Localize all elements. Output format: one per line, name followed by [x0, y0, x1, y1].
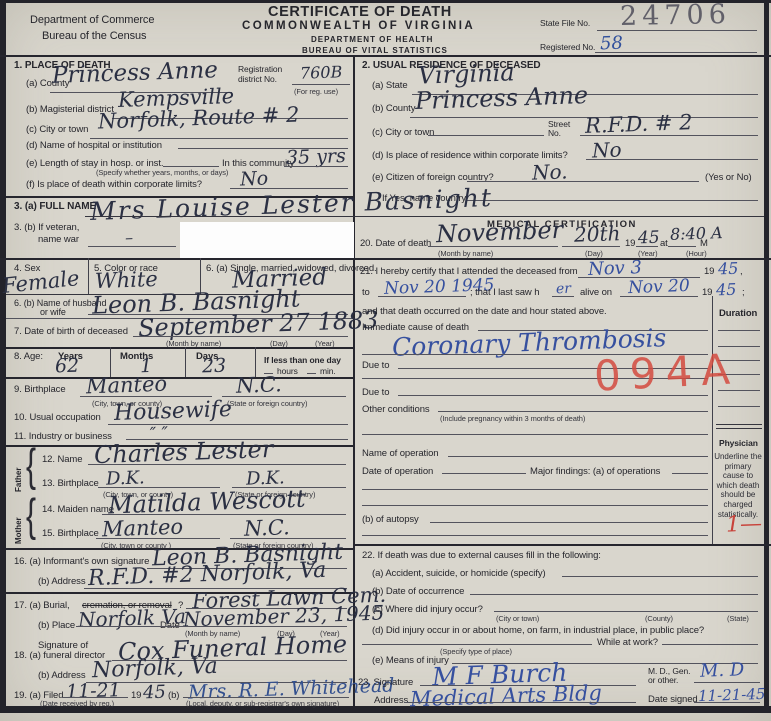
- dod-label: 20. Date of death: [360, 238, 431, 249]
- mother-bp-label: 15. Birthplace: [42, 528, 99, 539]
- rule: [183, 697, 349, 698]
- dod-m: M: [700, 238, 708, 249]
- rule: [448, 456, 708, 457]
- alive-year-prefix: 19: [702, 287, 712, 298]
- filed-year-value: 45: [143, 682, 167, 704]
- physician-note: Underline the primary cause to which dea…: [713, 452, 763, 519]
- sec1a-value: Princess Anne: [52, 57, 219, 89]
- rule: [562, 576, 758, 577]
- rule: [694, 682, 760, 683]
- filed-year-prefix: 19: [131, 690, 141, 701]
- autopsy-label: (b) of autopsy: [362, 514, 419, 525]
- alive-on-label: alive on: [580, 287, 612, 298]
- registered-line: [595, 52, 757, 53]
- sec1d-label: (d) Name of hospital or institution: [26, 140, 162, 151]
- rule: [6, 377, 353, 379]
- rule: [133, 336, 348, 337]
- duration-label: Duration: [719, 308, 757, 319]
- rule: [362, 434, 708, 435]
- md-value: M. D: [700, 659, 745, 682]
- external-title: 22. If death was due to external causes …: [362, 550, 601, 561]
- rule: [672, 473, 708, 474]
- rule: [668, 246, 696, 247]
- rule: [586, 159, 758, 160]
- dod-hour: 8:40 A: [670, 223, 723, 244]
- agency-line2: Bureau of the Census: [42, 30, 146, 42]
- father-name-label: 12. Name: [42, 454, 82, 465]
- doc-bureau: BUREAU OF VITAL STATISTICS: [302, 46, 448, 55]
- rule: [562, 246, 620, 247]
- rule: [470, 594, 758, 595]
- dod-sub1: (Month by name): [438, 249, 493, 258]
- header-rule: [0, 55, 771, 57]
- birthplace-label: 9. Birthplace: [14, 384, 66, 395]
- rule: [222, 396, 346, 397]
- other-conditions-note: (Include pregnancy within 3 months of de…: [440, 414, 585, 423]
- rule: [438, 411, 708, 412]
- border-bottom: [0, 706, 771, 713]
- filed-note: (Date received by reg.): [40, 699, 114, 708]
- sec1e-note: (Specify whether years, months, or days): [96, 168, 228, 177]
- external-c-note3: (State): [727, 614, 749, 623]
- rule: [76, 626, 347, 627]
- sec1c-label: (c) City or town: [26, 124, 88, 135]
- occupation-label: 10. Usual occupation: [14, 412, 101, 423]
- age-days-value: 23: [202, 355, 227, 378]
- burial-place-label: (b) Place: [38, 620, 75, 631]
- rule: [163, 166, 219, 167]
- veteran-value: –: [125, 228, 134, 247]
- spouse-label2: or wife: [40, 307, 66, 317]
- age-label: 8. Age:: [14, 351, 43, 362]
- rule: [108, 424, 348, 425]
- state-file-line: [597, 30, 757, 31]
- rule: [716, 428, 762, 429]
- sec2b-value: Princess Anne: [415, 81, 589, 115]
- external-c-note2: (County): [645, 614, 673, 623]
- state-file-number: 24706: [620, 0, 731, 32]
- sec2c-value: R.F.D. # 2: [585, 110, 693, 138]
- rule: [404, 702, 636, 703]
- rule: [718, 406, 760, 407]
- rule: [442, 473, 526, 474]
- regdist-label2: district No.: [238, 74, 277, 84]
- external-d-note: (Specify type of place): [440, 647, 512, 656]
- sec2c-label: (c) City or town: [372, 127, 434, 138]
- filed-b-label: (b): [168, 690, 179, 701]
- age-years-value: 62: [55, 355, 80, 378]
- mother-side-label: Mother: [14, 517, 23, 544]
- min-label: min.: [320, 366, 336, 376]
- rule: [102, 514, 346, 515]
- registrar-note: (Local, deputy, or sub-registrar's own s…: [186, 699, 339, 708]
- doc-title: CERTIFICATE OF DEATH: [268, 4, 452, 20]
- md-label2: or other.: [648, 675, 678, 685]
- rule: [307, 373, 316, 374]
- father-bp-label: 13. Birthplace: [42, 478, 99, 489]
- veteran-label2: name war: [38, 234, 79, 245]
- birthplace-state-note: (State or foreign country): [227, 399, 307, 408]
- rule: [718, 330, 760, 331]
- rule: [362, 644, 592, 645]
- dod-year-prefix: 19: [625, 238, 635, 249]
- fullname-label: 3. (a) FULL NAME: [14, 201, 96, 212]
- rule: [716, 424, 762, 425]
- rule: [466, 200, 758, 201]
- rule: [85, 216, 764, 217]
- external-d-label: (d) Did injury occur in or about home, o…: [372, 625, 704, 636]
- from-comma: ,: [740, 266, 743, 277]
- rule: [430, 522, 708, 523]
- dod-at: at: [660, 238, 668, 249]
- alive-date-value: Nov 20: [628, 276, 690, 298]
- rule: [362, 535, 708, 536]
- veteran-label1: 3. (b) If veteran,: [14, 222, 79, 233]
- regdist-value: 760B: [300, 62, 343, 82]
- rule: [88, 246, 176, 247]
- from-year-value: 45: [718, 259, 739, 279]
- rule: [0, 258, 771, 260]
- her-value: er: [556, 281, 572, 298]
- external-a-label: (a) Accident, suicide, or homicide (spec…: [372, 568, 546, 579]
- informant-address-label: (b) Address: [38, 576, 85, 587]
- physician-label: Physician: [719, 438, 758, 448]
- doc-subtitle: COMMONWEALTH OF VIRGINIA: [242, 20, 475, 32]
- rule: [552, 296, 574, 297]
- sec2b-label: (b) County: [372, 103, 415, 114]
- birthplace-city: Manteo: [86, 372, 168, 399]
- dod-day: 20th: [574, 221, 621, 247]
- rule: [494, 611, 758, 612]
- funeral-address-label: (b) Address: [38, 670, 85, 681]
- rule: [88, 258, 89, 294]
- redaction-box: [180, 222, 354, 258]
- occurred-text: and that death occurred on the date and …: [362, 306, 607, 317]
- rule: [90, 138, 348, 139]
- border-left: [0, 0, 6, 712]
- rule: [110, 347, 111, 377]
- op-date-label: Date of operation: [362, 466, 433, 477]
- date-signed-label: Date signed: [648, 694, 698, 705]
- rule: [662, 644, 758, 645]
- other-conditions-label: Other conditions: [362, 404, 430, 415]
- rule: [292, 84, 350, 85]
- alive-semi: ;: [742, 287, 745, 298]
- burial-label-pre: 17. (a) Burial,: [14, 600, 70, 611]
- border-right: [764, 0, 769, 712]
- death-certificate-scan: Department of Commerce Bureau of the Cen…: [0, 0, 771, 721]
- street-label2: No.: [548, 128, 561, 138]
- less-than-day-label: If less than one day: [264, 355, 341, 365]
- father-side-label: Father: [14, 468, 23, 492]
- alive-year-value: 45: [716, 280, 737, 300]
- occupation-value: Housewife: [114, 397, 233, 426]
- rule: [185, 347, 186, 377]
- physician-signature-label: 23. Signature: [358, 677, 413, 688]
- rule: [284, 166, 348, 167]
- findings-label: Major findings: (a) of operations: [530, 466, 660, 477]
- rule: [378, 296, 466, 297]
- dod-sub4: (Hour): [686, 249, 707, 258]
- due-to-label-1: Due to: [362, 360, 389, 371]
- rule: [353, 544, 771, 546]
- rule: [467, 181, 699, 182]
- agency-line1: Department of Commerce: [30, 14, 154, 26]
- dob-label: 7. Date of birth of deceased: [14, 326, 128, 337]
- while-at-work-label: While at work?: [597, 637, 658, 648]
- dod-sub2: (Day): [585, 249, 603, 258]
- rule: [6, 347, 353, 349]
- rule: [580, 135, 758, 136]
- dod-month: November: [436, 216, 564, 248]
- birthplace-state: N.C.: [236, 372, 283, 398]
- from-year-prefix: 19: [704, 266, 714, 277]
- regdist-note: (For reg. use): [294, 87, 338, 96]
- physician-address-label: Address: [374, 695, 408, 706]
- father-brace: {: [26, 442, 36, 493]
- rule: [362, 505, 708, 506]
- rule: [230, 538, 346, 539]
- rule: [636, 246, 658, 247]
- mother-bp-state: N.C.: [244, 515, 291, 541]
- external-c-note1: (City or town): [496, 614, 539, 623]
- rule: [620, 296, 698, 297]
- last-saw-text: ; that I last saw h: [470, 287, 539, 298]
- rule: [88, 464, 346, 465]
- state-file-label: State File No.: [540, 18, 590, 28]
- regdist-label1: Registration: [238, 64, 282, 74]
- to-label: to: [362, 287, 370, 298]
- doc-dept: DEPARTMENT OF HEALTH: [311, 35, 433, 44]
- sec2e-note: (Yes or No): [705, 172, 752, 183]
- external-b-label: (b) Date of occurrence: [372, 586, 464, 597]
- op-name-label: Name of operation: [362, 448, 438, 459]
- mother-brace: {: [26, 492, 36, 543]
- registered-label: Registered No.: [540, 42, 595, 52]
- due-to-label-2: Due to: [362, 387, 389, 398]
- sec2a-label: (a) State: [372, 80, 408, 91]
- rule: [362, 489, 708, 490]
- rule: [428, 135, 544, 136]
- red-mark: 1—: [726, 511, 763, 537]
- rule: [694, 702, 760, 703]
- rule: [428, 246, 558, 247]
- sec1f-label: (f) Is place of death within corporate l…: [26, 179, 202, 190]
- stamp-094a: 094A: [593, 344, 740, 401]
- rule: [80, 396, 212, 397]
- rule: [62, 697, 128, 698]
- rule: [96, 538, 220, 539]
- external-c-label: (c) Where did injury occur?: [372, 604, 483, 615]
- sec2d-label: (d) Is place of residence within corpora…: [372, 150, 568, 161]
